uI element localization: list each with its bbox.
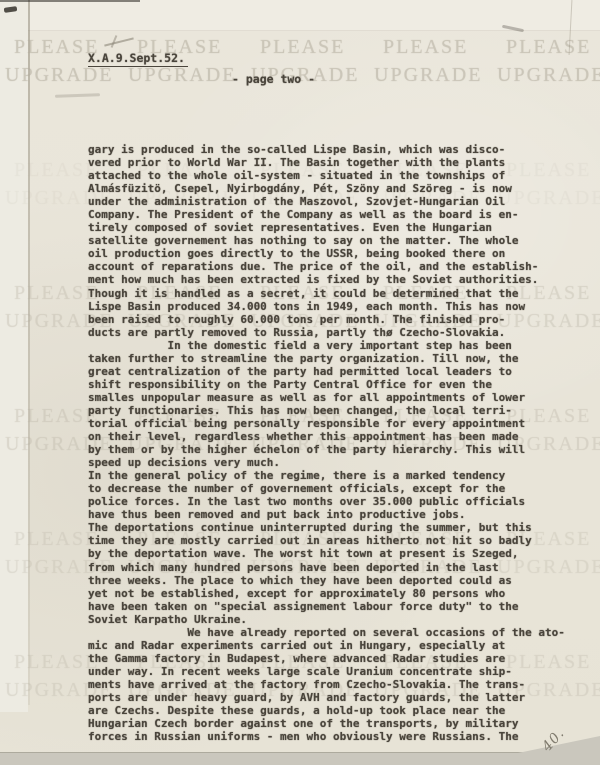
text-line: police forces. In the last two months ov… [88, 495, 565, 508]
watermark-text: PLEASE [14, 528, 99, 551]
text-line: ments have arrived at the factory from C… [88, 678, 565, 691]
text-line: have been taken on "special assignement … [88, 600, 565, 613]
text-line: by the deportation wave. The worst hit t… [88, 547, 565, 560]
document-reference: X.A.9.Sept.52. [88, 51, 188, 67]
text-line: mic and Radar experiments carried out in… [88, 639, 565, 652]
scanned-document-page: PLEASEUPGRADEPLEASEUPGRADEPLEASEUPGRADEP… [0, 0, 600, 765]
pencil-scribble [104, 37, 134, 46]
text-line: ducts are partly removed to Russia, part… [88, 326, 565, 339]
text-line: tirely composed of soviet representative… [88, 221, 565, 234]
text-line: ports are under heavy guard, by AVH and … [88, 691, 565, 704]
text-line: party functionaries. This has now been c… [88, 404, 565, 417]
text-line: Hungarian Czech border against one of th… [88, 717, 565, 730]
watermark-text: PLEASE [14, 405, 99, 428]
text-line: ment how much has been extracted is fixe… [88, 273, 565, 286]
text-line: Company. The President of the Company as… [88, 208, 565, 221]
text-line: on their level, regardless whether this … [88, 430, 565, 443]
text-line: In the domestic field a very important s… [88, 339, 565, 352]
text-line: yet not be established, except for appro… [88, 587, 565, 600]
text-line: forces in Russian uniforms - men who obv… [88, 730, 565, 743]
text-line: speed up decisions very much. [88, 456, 565, 469]
page-number-label: - page two - [232, 72, 315, 86]
text-line: attached to the whole oil-system - situa… [88, 169, 565, 182]
text-line: satellite governement has nothing to say… [88, 234, 565, 247]
scan-edge-artifact [0, 0, 140, 2]
paper-left-edge [0, 0, 28, 712]
text-line: three weeks. The place to which they hav… [88, 574, 565, 587]
text-line: time they are mostly carried out in area… [88, 534, 565, 547]
text-line: have thus been removed and put back into… [88, 508, 565, 521]
watermark-text: PLEASE [14, 282, 99, 305]
text-line: torial official being personally respons… [88, 417, 565, 430]
watermark-text: PLEASE [14, 159, 99, 182]
watermark-text: PLEASE [383, 36, 468, 59]
text-line: Lispe Basin produced 34.000 tons in 1949… [88, 300, 565, 313]
text-line: vered prior to World War II. The Basin t… [88, 156, 565, 169]
text-line: taken further to streamline the party or… [88, 352, 565, 365]
text-line: The deportations continue uninterrupted … [88, 521, 565, 534]
text-line: Almásfüzitö, Csepel, Nyirbogdány, Pét, S… [88, 182, 565, 195]
text-line: under the administration of the Maszovol… [88, 195, 565, 208]
text-line: from which many hundred persons have bee… [88, 561, 565, 574]
paper-fold-crease [28, 0, 30, 705]
text-line: shift responsibility on the Party Centra… [88, 378, 565, 391]
text-line: In the general policy of the regime, the… [88, 469, 565, 482]
watermark-text: UPGRADE [497, 64, 600, 87]
text-line: great centralization of the party had pe… [88, 365, 565, 378]
text-line: are Czechs. Despite these guards, a hold… [88, 704, 565, 717]
text-line: account of reparations due. The price of… [88, 260, 565, 273]
scanner-background [0, 752, 600, 765]
watermark-text: PLEASE [14, 651, 99, 674]
text-line: oil production goes directly to the USSR… [88, 247, 565, 260]
text-line: to decrease the number of governement of… [88, 482, 565, 495]
text-line: gary is produced in the so-called Lispe … [88, 143, 565, 156]
watermark-text: UPGRADE [374, 64, 482, 87]
text-line: the Gamma factory in Budapest, where adv… [88, 652, 565, 665]
text-line: by them or by the higher échelon of the … [88, 443, 565, 456]
watermark-text: UPGRADE [5, 64, 113, 87]
text-line: Though it is handled as a secret, it cou… [88, 287, 565, 300]
text-line: We have already reported on several occa… [88, 626, 565, 639]
watermark-text: PLEASE [506, 36, 591, 59]
document-body-text: gary is produced in the so-called Lispe … [88, 143, 565, 743]
text-line: been raised to roughly 60.000 tons per m… [88, 313, 565, 326]
text-line: under way. In recent weeks large scale U… [88, 665, 565, 678]
watermark-text: PLEASE [14, 36, 99, 59]
text-line: smalles unpopular measure as well as for… [88, 391, 565, 404]
smudge-left-margin [55, 93, 100, 98]
text-line: Soviet Karpatho Ukraine. [88, 613, 565, 626]
watermark-text: PLEASE [260, 36, 345, 59]
watermark-text: UPGRADE [128, 64, 236, 87]
